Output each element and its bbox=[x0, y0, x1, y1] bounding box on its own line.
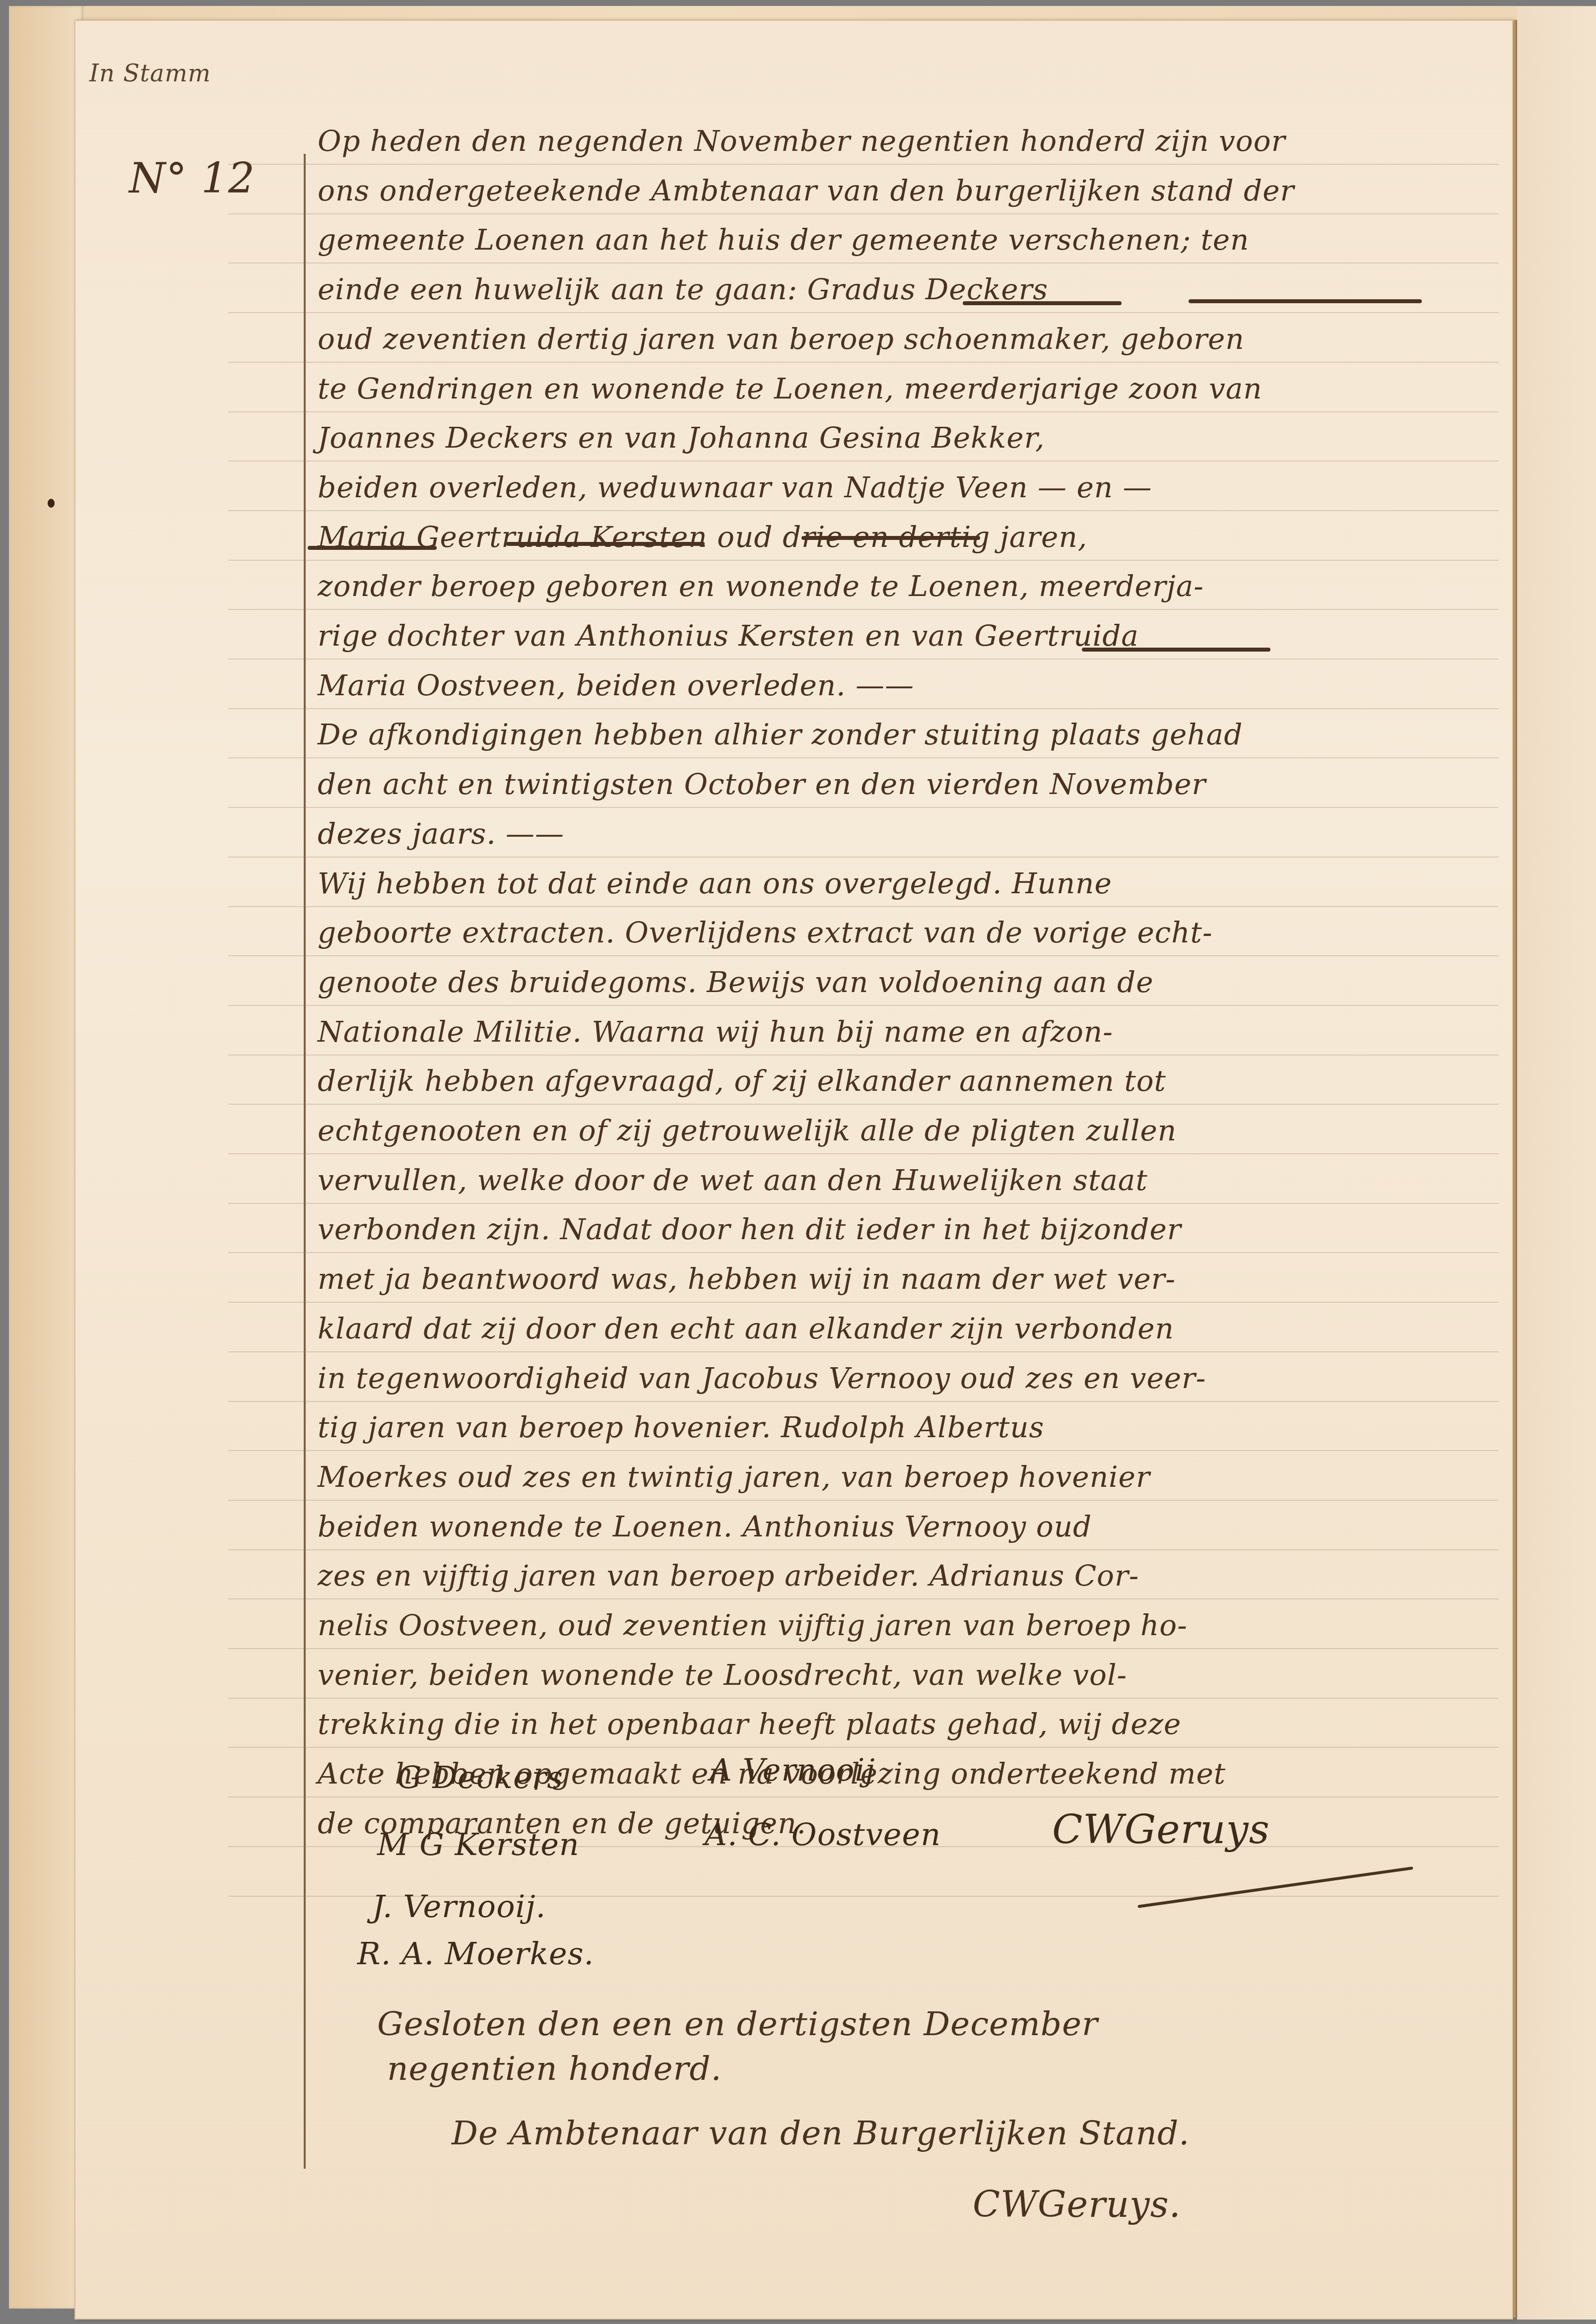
body-line: beiden overleden, weduwnaar van Nadtje V… bbox=[318, 470, 1152, 504]
ruled-line bbox=[228, 263, 1499, 264]
underline-gradus bbox=[963, 301, 1122, 305]
closing-line-1: Gesloten den een en dertigsten December bbox=[377, 2005, 1098, 2043]
body-line: derlijk hebben afgevraagd, of zij elkand… bbox=[318, 1064, 1166, 1098]
underline-maria bbox=[308, 546, 437, 550]
signature-witness-3: A Vernooij bbox=[710, 1752, 875, 1788]
closing-signature: CWGeruys. bbox=[973, 2184, 1181, 2225]
ruled-line bbox=[228, 1747, 1499, 1748]
ruled-line bbox=[228, 1203, 1499, 1204]
body-line: Joannes Deckers en van Johanna Gesina Be… bbox=[318, 421, 1045, 455]
ruled-line bbox=[228, 807, 1499, 808]
ruled-line bbox=[228, 955, 1499, 956]
body-line: einde een huwelijk aan te gaan: Gradus D… bbox=[318, 272, 1048, 306]
marginal-note: In Stamm bbox=[89, 60, 211, 87]
body-line: rige dochter van Anthonius Kersten en va… bbox=[318, 619, 1139, 653]
body-line: den acht en twintigsten October en den v… bbox=[318, 767, 1206, 801]
signature-witness-2: R. A. Moerkes. bbox=[357, 1935, 594, 1972]
body-line: klaard dat zij door den echt aan elkande… bbox=[318, 1312, 1174, 1345]
body-line: Nationale Militie. Waarna wij hun bij na… bbox=[318, 1015, 1113, 1049]
body-line: oud zeventien dertig jaren van beroep sc… bbox=[318, 322, 1245, 356]
ruled-line bbox=[228, 1648, 1499, 1649]
signature-witness-4: A. C. Oostveen bbox=[705, 1816, 941, 1853]
ruled-line bbox=[228, 1698, 1499, 1699]
ruled-line bbox=[228, 411, 1499, 412]
underline-deckers bbox=[1189, 299, 1422, 303]
body-line: verbonden zijn. Nadat door hen dit ieder… bbox=[318, 1212, 1182, 1246]
body-line: beiden wonende te Loenen. Anthonius Vern… bbox=[318, 1510, 1092, 1543]
body-line: Moerkes oud zes en twintig jaren, van be… bbox=[318, 1460, 1150, 1494]
body-line: trekking die in het openbaar heeft plaat… bbox=[318, 1707, 1181, 1741]
closing-line-2: negentien honderd. bbox=[387, 2050, 722, 2088]
ruled-line bbox=[228, 164, 1499, 165]
ink-stain-mark bbox=[48, 499, 55, 508]
ruled-line bbox=[228, 609, 1499, 610]
body-line: ons ondergeteekende Ambtenaar van den bu… bbox=[318, 174, 1294, 207]
ruled-line bbox=[228, 560, 1499, 561]
body-line: Op heden den negenden November negentien… bbox=[318, 124, 1285, 158]
ruled-line bbox=[228, 1005, 1499, 1006]
body-line: echtgenooten en of zij getrouwelijk alle… bbox=[318, 1114, 1177, 1147]
underline-geertruida bbox=[506, 542, 705, 546]
ruled-line bbox=[228, 1104, 1499, 1105]
ruled-line bbox=[228, 1351, 1499, 1352]
signature-official: CWGeruys bbox=[1052, 1806, 1270, 1853]
ruled-line bbox=[228, 906, 1499, 907]
adjacent-page bbox=[1517, 7, 1596, 2320]
body-line: vervullen, welke door de wet aan den Huw… bbox=[318, 1163, 1148, 1197]
body-line: zonder beroep geboren en wonende te Loen… bbox=[318, 569, 1204, 603]
ruled-line bbox=[228, 659, 1499, 660]
ruled-line bbox=[228, 708, 1499, 709]
underline-kersten bbox=[801, 536, 980, 540]
closing-dash bbox=[1082, 648, 1270, 652]
ruled-line bbox=[228, 757, 1499, 758]
margin-rule bbox=[304, 154, 306, 2169]
ruled-line bbox=[228, 1450, 1499, 1451]
record-number: N° 12 bbox=[129, 154, 255, 202]
book-spine-edge bbox=[9, 6, 83, 2309]
ruled-line bbox=[228, 1153, 1499, 1154]
body-line: zes en vijftig jaren van beroep arbeider… bbox=[318, 1559, 1139, 1593]
ruled-line bbox=[228, 1302, 1499, 1303]
ruled-line bbox=[228, 1598, 1499, 1599]
signature-bride: M G Kersten bbox=[377, 1826, 580, 1862]
ruled-line bbox=[228, 1401, 1499, 1402]
body-line: met ja beantwoord was, hebben wij in naa… bbox=[318, 1262, 1176, 1296]
body-line: gemeente Loenen aan het huis der gemeent… bbox=[318, 223, 1249, 257]
signature-groom: G Deckers bbox=[397, 1759, 563, 1795]
ruled-line bbox=[228, 461, 1499, 462]
closing-official-title: De Ambtenaar van den Burgerlijken Stand. bbox=[452, 2114, 1190, 2152]
ruled-line bbox=[228, 1252, 1499, 1253]
signature-witness-1: J. Vernooij. bbox=[372, 1888, 546, 1925]
ruled-line bbox=[228, 1796, 1499, 1797]
body-line: De afkondigingen hebben alhier zonder st… bbox=[318, 718, 1243, 751]
ruled-line bbox=[228, 510, 1499, 511]
body-line: tig jaren van beroep hovenier. Rudolph A… bbox=[318, 1410, 1044, 1444]
body-line: in tegenwoordigheid van Jacobus Vernooy … bbox=[318, 1361, 1206, 1395]
ruled-line bbox=[228, 362, 1499, 363]
body-line: genoote des bruidegoms. Bewijs van voldo… bbox=[318, 965, 1154, 999]
ruled-line bbox=[228, 857, 1499, 858]
body-line: Maria Oostveen, beiden overleden. —— bbox=[318, 668, 914, 702]
body-line: nelis Oostveen, oud zeventien vijftig ja… bbox=[318, 1608, 1188, 1642]
ruled-line bbox=[228, 312, 1499, 313]
body-line: venier, beiden wonende te Loosdrecht, va… bbox=[318, 1658, 1127, 1692]
ruled-line bbox=[228, 1500, 1499, 1501]
ruled-line bbox=[228, 213, 1499, 214]
body-line: te Gendringen en wonende te Loenen, meer… bbox=[318, 372, 1263, 405]
ruled-line bbox=[228, 1055, 1499, 1056]
body-line: dezes jaars. —— bbox=[318, 817, 564, 851]
ruled-line bbox=[228, 1549, 1499, 1550]
body-line: geboorte extracten. Overlijdens extract … bbox=[318, 916, 1212, 949]
body-line: Wij hebben tot dat einde aan ons overgel… bbox=[318, 866, 1112, 900]
